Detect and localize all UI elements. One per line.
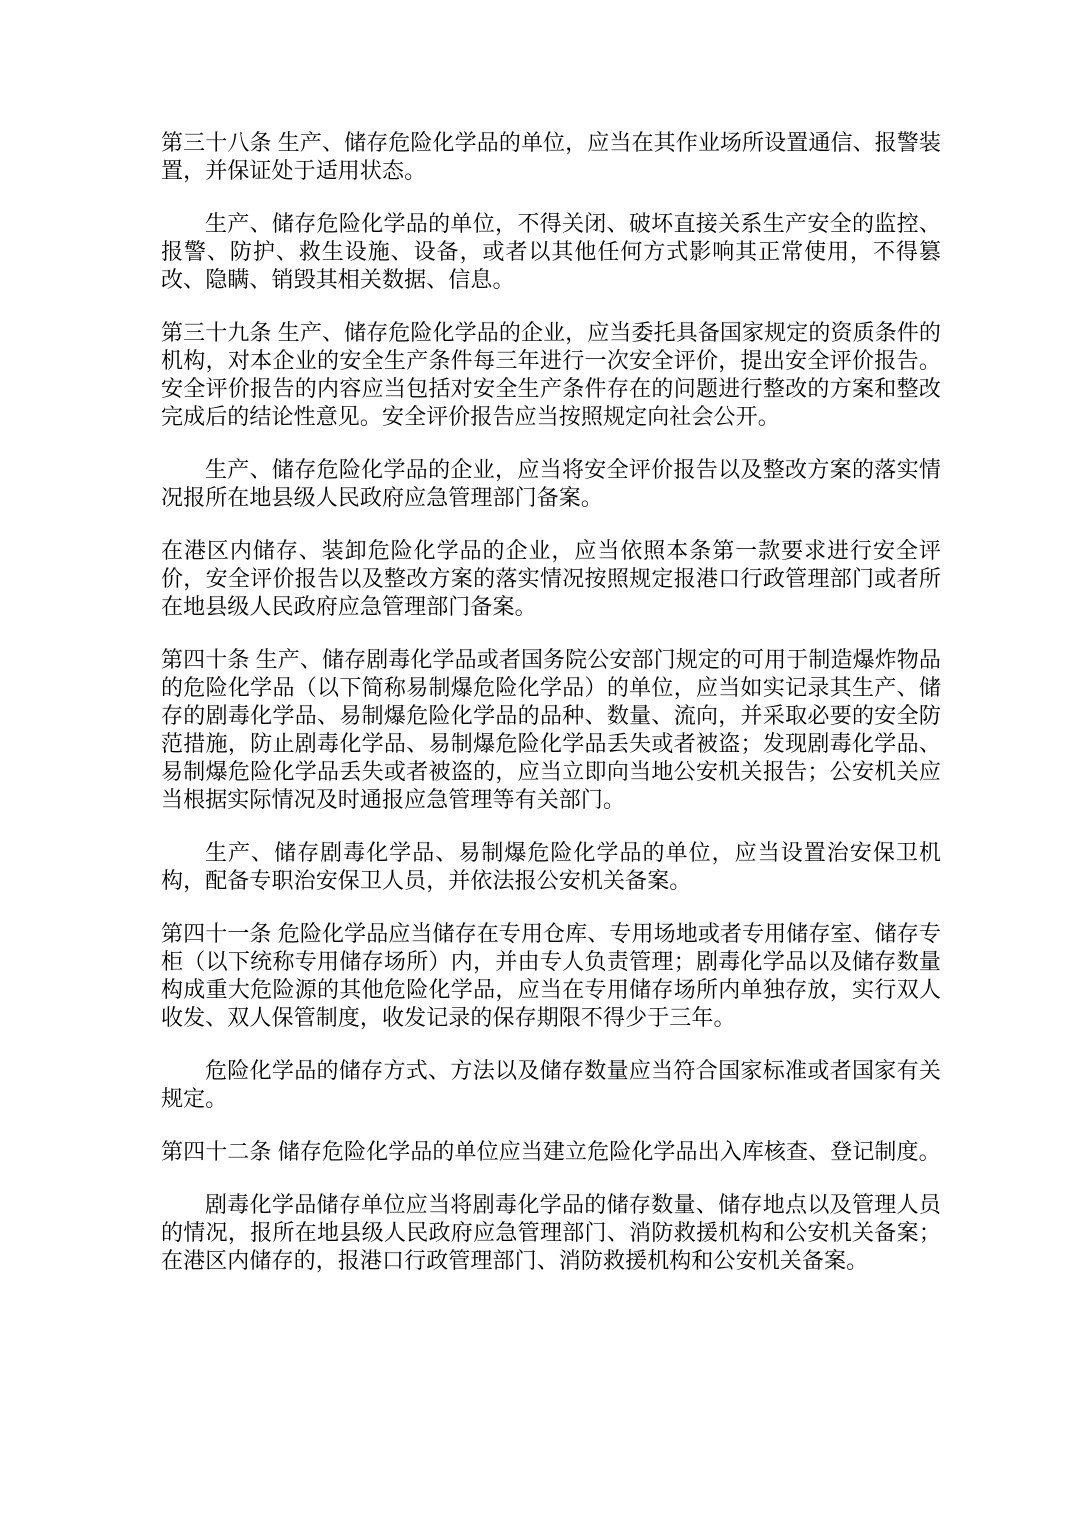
para-article-41: 第四十一条 危险化学品应当储存在专用仓库、专用场地或者专用储存室、储存专柜（以下… bbox=[161, 920, 941, 1032]
para-42-clause-2: 剧毒化学品储存单位应当将剧毒化学品的储存数量、储存地点以及管理人员的情况，报所在… bbox=[161, 1191, 941, 1275]
para-article-42: 第四十二条 储存危险化学品的单位应当建立危险化学品出入库核查、登记制度。 bbox=[161, 1138, 941, 1166]
para-38-clause-2: 生产、储存危险化学品的单位，不得关闭、破坏直接关系生产安全的监控、报警、防护、救… bbox=[161, 210, 941, 294]
para-39-clause-2: 生产、储存危险化学品的企业，应当将安全评价报告以及整改方案的落实情况报所在地县级… bbox=[161, 456, 941, 512]
para-41-clause-2: 危险化学品的储存方式、方法以及储存数量应当符合国家标准或者国家有关规定。 bbox=[161, 1057, 941, 1113]
para-article-40: 第四十条 生产、储存剧毒化学品或者国务院公安部门规定的可用于制造爆炸物品的危险化… bbox=[161, 646, 941, 814]
para-article-39: 第三十九条 生产、储存危险化学品的企业，应当委托具备国家规定的资质条件的机构，对… bbox=[161, 319, 941, 431]
para-39-clause-3: 在港区内储存、装卸危险化学品的企业，应当依照本条第一款要求进行安全评价，安全评价… bbox=[161, 537, 941, 621]
para-40-clause-2: 生产、储存剧毒化学品、易制爆危险化学品的单位，应当设置治安保卫机构，配备专职治安… bbox=[161, 839, 941, 895]
document-page: 第三十八条 生产、储存危险化学品的单位，应当在其作业场所设置通信、报警装置，并保… bbox=[0, 0, 1080, 1528]
para-article-38: 第三十八条 生产、储存危险化学品的单位，应当在其作业场所设置通信、报警装置，并保… bbox=[161, 129, 941, 185]
